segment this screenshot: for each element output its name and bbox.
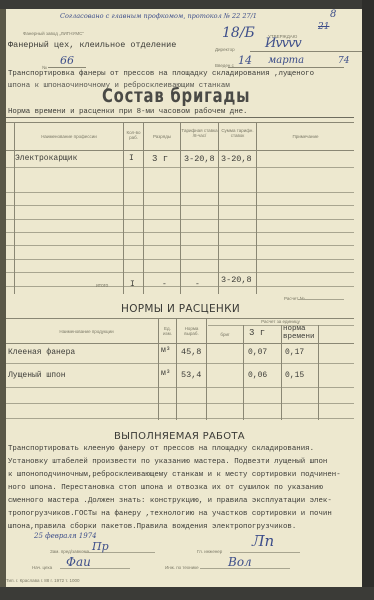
brigade-subtitle-underline [6,117,354,118]
approval-note: Согласовано с главным профкомом, протоко… [60,12,257,20]
work-title: ВЫПОЛНЯЕМАЯ РАБОТА [114,431,245,442]
shop-head-signature: Фаи [66,555,91,569]
brigade-col-divider [256,122,257,294]
norm-output: 45,8 [181,347,201,357]
chief-engineer-label: Гл. инженер [197,549,222,554]
director-signature: Иvvvv [265,36,301,51]
col-unit: Ед. изм. [159,326,176,336]
work-line: Установку штабелей произвести по указани… [8,458,327,466]
effective-day: 14 [238,54,252,67]
col-profession: Наименование профессии [15,134,123,139]
brigade-col-divider [123,122,124,294]
time-norm: 0,15 [285,371,304,380]
brigade-col-divider [143,122,144,294]
unit: м³ [161,346,171,355]
unit: м³ [161,369,171,378]
effective-month: марта [268,55,304,66]
shop-head-label: Нач. цеха [32,565,52,570]
rate-sum: 3-20,8 [221,154,252,164]
total-rate: - [195,280,200,289]
norms-row-line [6,387,354,388]
norms-row-line [6,418,354,419]
brigade-subtitle: Норма времени и расценки при 8-ми часово… [8,108,248,116]
col-note: Примечание [257,134,354,139]
norms-col-divider [281,325,282,420]
total-count: I [130,280,135,289]
product: Лущеный шпон [8,371,66,380]
grade3-rate: 0,06 [248,371,267,380]
total-grade: - [162,280,167,289]
scan-right-border [362,0,374,600]
director-label: Директор [215,47,235,52]
worker-count: I [129,154,134,163]
work-line: ного шпона. Перестановка стоп шпона и от… [8,484,323,492]
director-line [250,51,362,52]
safety-engineer-signature: Вол [228,555,252,569]
work-line: Транспортировать клееную фанеру от пресс… [8,445,314,453]
time-norm: 0,17 [285,348,304,357]
norms-row-line [6,363,354,364]
col-product: Наименование продукции [15,329,158,334]
effective-line [228,67,344,68]
total-label: итого [96,283,108,289]
norms-col-divider [243,325,244,420]
page-number-crossed: 21 [318,22,329,32]
scan-top-border [0,0,374,9]
initials: 18/Б [222,25,255,41]
norms-row-line [6,403,354,404]
brigade-col-divider [14,122,15,294]
work-top-line-1: Транспортировка фанеры от прессов на пло… [8,70,314,78]
work-line: тропогрузчиков.ГОСТы на фанеру ,технолог… [8,510,332,518]
effective-year: 74 [338,56,349,66]
norms-header-bottom [6,343,354,344]
norms-col-divider [318,325,319,420]
calc-line [298,299,344,300]
grade: 3 г [152,154,168,164]
profession: Электрокарщик [15,154,77,163]
scan-bottom-border [0,587,374,600]
deputy-signature: Пр [92,540,109,553]
total-sum: 3-20,8 [221,275,252,285]
subcol-time-norm: норма времени [283,325,317,341]
number-line [48,67,86,68]
work-line: к шпоноподчиночным,реброскле­ивающему ст… [8,471,341,479]
chief-engineer-line [230,552,300,553]
norm-output: 53,4 [181,370,201,380]
factory-name: Фанерный завод „ЛИГНУМС“ [23,31,84,36]
print-info: Тип. г. Краслава г. 88 г. 1972 т. 1000 [6,578,79,583]
brigade-col-divider [218,122,219,294]
brigade-col-divider [180,122,181,294]
signed-date: 25 февраля 1974 [34,532,97,540]
subcol-brig: бриг [207,332,243,337]
work-line: сменного мастера .Должен знать: конструк… [8,497,332,505]
safety-engineer-label: Инж. по технике [165,565,199,570]
grade3-rate: 0,07 [248,348,267,357]
subcol-grade3: 3 г [249,328,265,338]
page-number: 8 [330,9,336,20]
col-calc-per-unit: Расчет за единицу [207,319,354,324]
norms-title: НОРМЫ И РАСЦЕНКИ [121,303,240,315]
col-count: Кол-во раб. [124,130,143,140]
col-norm: Норма выраб. [177,326,206,336]
col-grade: Разряды [144,134,180,139]
col-rate: Тарифная ставка /8-час/ [181,128,218,138]
product: Клееная фанера [8,348,75,357]
col-sum: Сумма тарифн. ставок [219,128,256,138]
chief-engineer-signature: Лn [252,532,274,550]
rate: 3-20,8 [184,154,215,164]
shop-name: Фанерный цех, клеильное отделение [8,40,176,50]
brigade-title: Состав бригады [102,85,250,107]
work-line: шпона,правила сборки пакетов.Правила вож… [8,523,296,531]
number-value: 66 [60,54,74,67]
deputy-label: Зам. пред/завкома [50,549,89,554]
